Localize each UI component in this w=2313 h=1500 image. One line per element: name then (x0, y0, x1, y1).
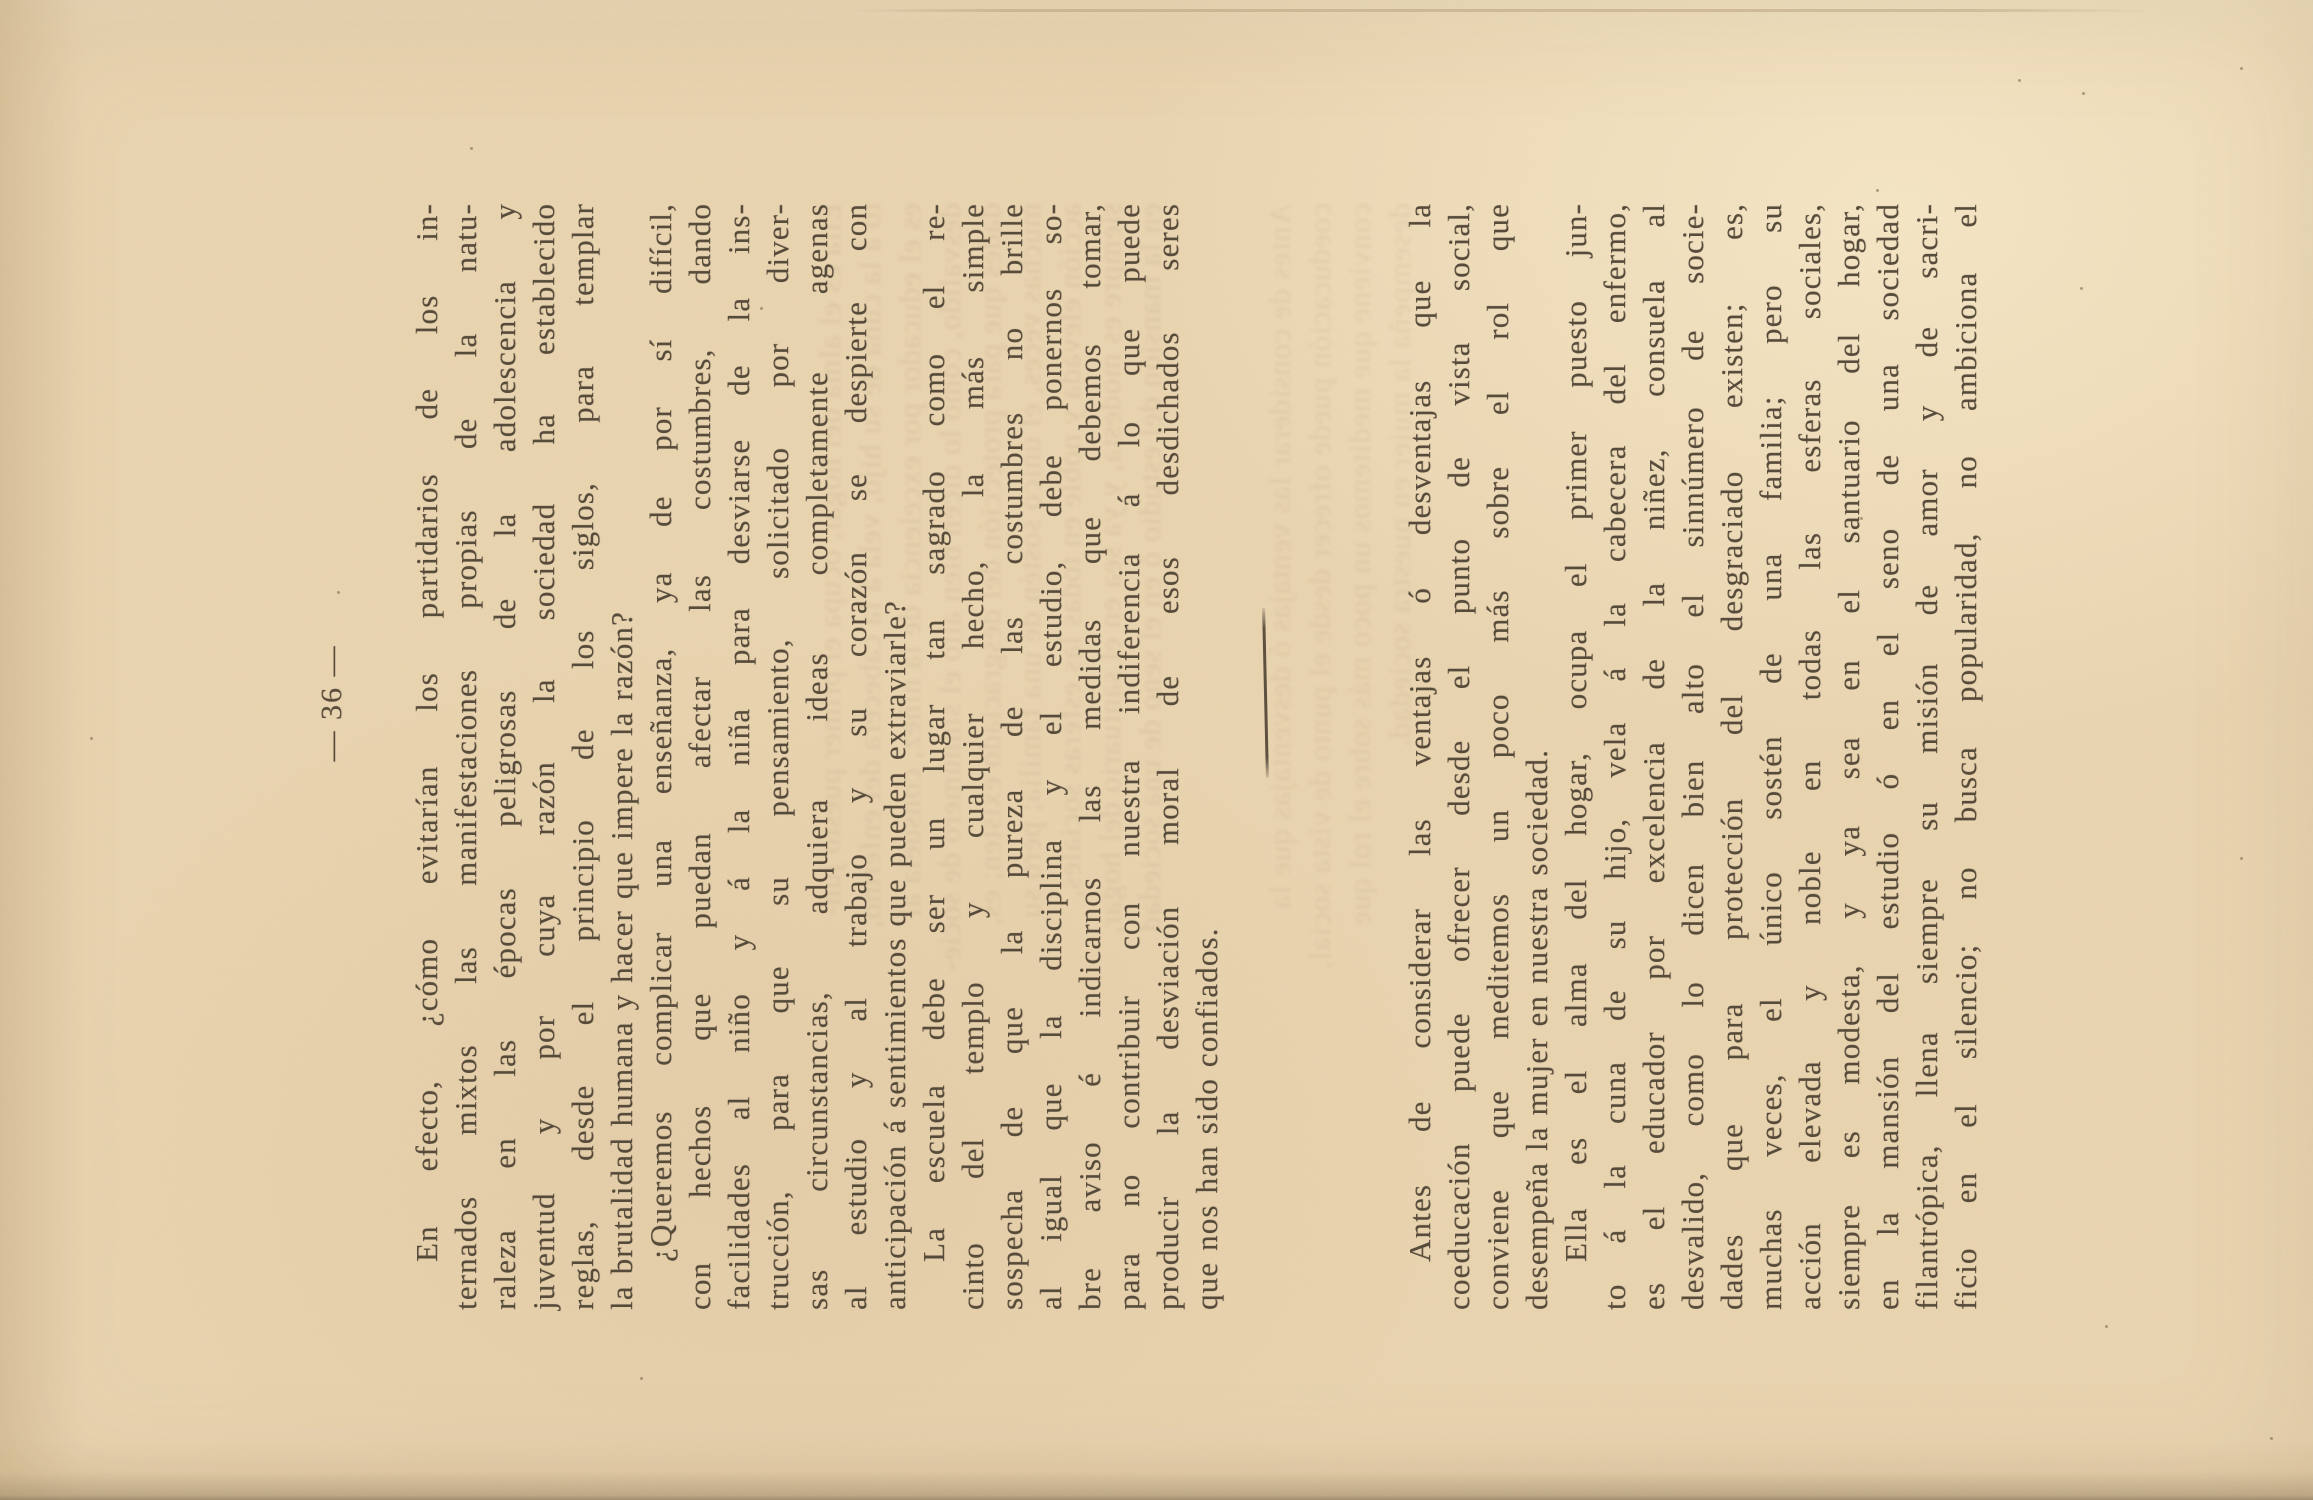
text-line: siempre es modesta, y ya sea en el santu… (1829, 203, 1869, 1310)
paper-speck (2270, 1437, 2273, 1440)
paper-speck (1876, 189, 1879, 192)
text-line: muchas veces, el único sostén de una fam… (1751, 203, 1791, 1310)
text-line: trucción, para que su pensamiento, solic… (758, 203, 798, 1310)
text-line: acción elevada y noble en todas las esfe… (1790, 203, 1830, 1310)
text-line: Antes de considerar las ventajas ó desve… (1400, 203, 1440, 1310)
paper-speck (2240, 67, 2243, 70)
text-line: para no contribuir con nuestra indiferen… (1109, 203, 1149, 1310)
text-line: ficio en el silencio; no busca popularid… (1946, 203, 1986, 1310)
text-line: anticipación á sentimientos que pueden e… (875, 203, 915, 1310)
scanned-book-page: — 36 — Ella es el alma del hogar, ocupa … (0, 0, 2313, 1500)
page-number: — 36 — (312, 645, 352, 762)
text-line: producir la desviación moral de esos des… (1148, 203, 1188, 1310)
text-line: la brutalidad humana y hacer que impere … (602, 203, 642, 1310)
bleedthrough-line: conviene que meditemos un poco más sobre… (1340, 203, 1380, 1310)
text-line: al igual que la disciplina y el estudio,… (1031, 203, 1071, 1310)
text-line: ¿Queremos complicar una enseñanza, ya de… (641, 203, 681, 1310)
text-line: conviene que meditemos un poco más sobre… (1478, 203, 1518, 1310)
text-line: filantrópica, llena siempre su misión de… (1907, 203, 1947, 1310)
page-bottom-edge-shadow (0, 1472, 2313, 1500)
page-top-edge-line (850, 9, 2150, 12)
paper-speck (90, 737, 93, 740)
text-line: sospecha de que la pureza de las costumb… (992, 203, 1032, 1310)
text-line: facilidades al niño y á la niña para des… (719, 203, 759, 1310)
text-line: reglas, desde el principio de los siglos… (563, 203, 603, 1310)
text-line: que nos han sido confiados. (1187, 203, 1227, 1310)
text-line: sas circunstancias, adquiera ideas compl… (797, 203, 837, 1310)
text-line: En efecto, ¿cómo evitarían los partidari… (407, 203, 447, 1310)
paper-speck (470, 147, 473, 150)
text-line: dades que para protección del desgraciad… (1712, 203, 1752, 1310)
text-line: raleza en las épocas peligrosas de la ad… (485, 203, 525, 1310)
text-line: La escuela debe ser un lugar tan sagrado… (914, 203, 954, 1310)
text-line: bre aviso é indicarnos las medidas que d… (1070, 203, 1110, 1310)
text-line: ternados mixtos las manifestaciones prop… (446, 203, 486, 1310)
text-line: coeducación puede ofrecer desde el punto… (1439, 203, 1479, 1310)
text-line: to á la cuna de su hijo, vela á la cabec… (1595, 203, 1635, 1310)
paper-speck (2018, 79, 2021, 82)
text-line: juventud y por cuya razón la sociedad ha… (524, 203, 564, 1310)
text-line: en la mansión del estudio ó en el seno d… (1868, 203, 1908, 1310)
text-line: es el educador por excelencia de la niñe… (1634, 203, 1674, 1310)
text-line: desvalido, como lo dicen bien alto el si… (1673, 203, 1713, 1310)
bleedthrough-text: Antes de considerar las ventajas ó desve… (1260, 203, 1420, 1310)
paper-speck (2080, 287, 2083, 290)
text-line: con hechos que puedan afectar las costum… (680, 203, 720, 1310)
text-line: al estudio y al trabajo y su corazón se … (836, 203, 876, 1310)
paper-speck (640, 1377, 643, 1380)
text-line: desempeña la mujer en nuestra sociedad. (1517, 203, 1557, 1310)
section-divider-rule (1262, 608, 1269, 778)
bleedthrough-line: coeducación puede ofrecer desde el punto… (1300, 203, 1340, 1310)
text-line: Ella es el alma del hogar, ocupa el prim… (1556, 203, 1596, 1310)
paper-speck (2240, 857, 2243, 860)
text-line: cinto del templo y cualquier hecho, la m… (953, 203, 993, 1310)
paper-speck (2105, 1325, 2108, 1328)
paper-speck (337, 591, 340, 594)
paper-speck (2082, 92, 2085, 95)
